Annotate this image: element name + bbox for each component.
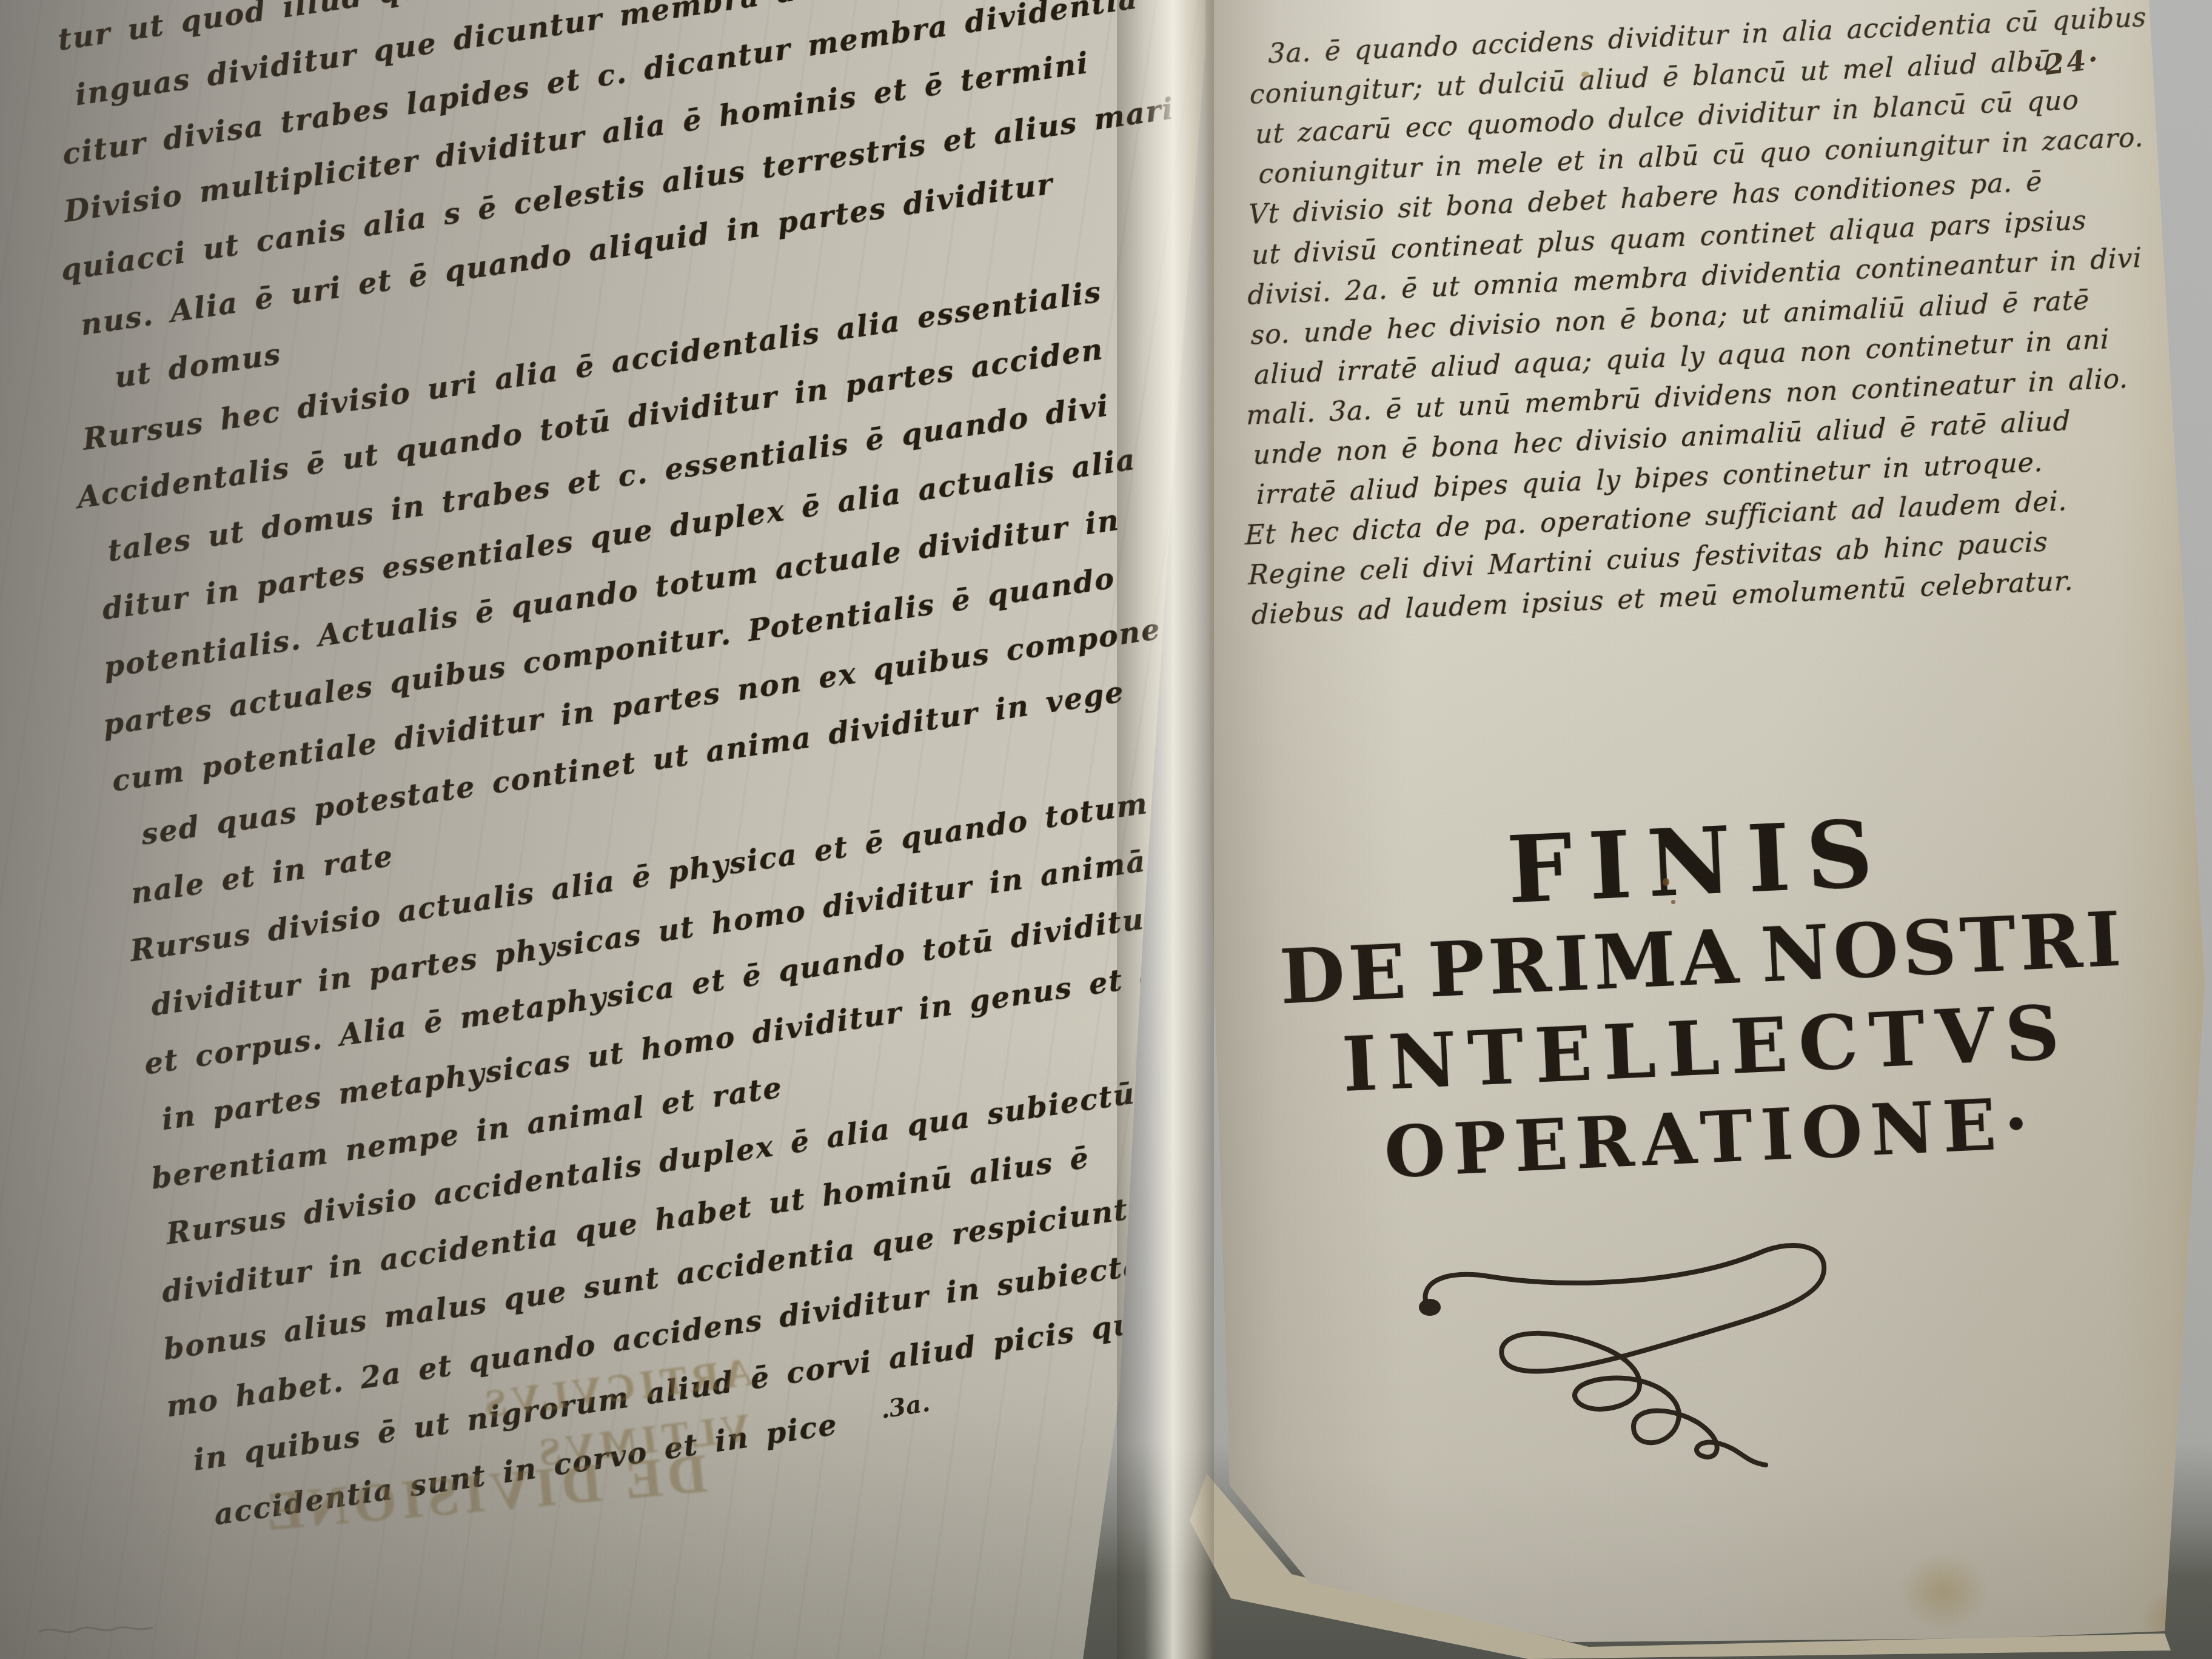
colophon: FINIS DE PRIMA NOSTRI INTELLECTVS OPERAT… [1253,790,2154,1202]
ink-speck [1663,878,1669,886]
ink-speck [1671,900,1675,904]
pencil-scribble [34,1608,167,1651]
right-page-text: 3a. ē quando accidens dividitur in alia … [1244,0,2159,636]
paper-stain [1898,1552,1989,1631]
ink-speck [1581,72,1589,78]
pen-flourish-icon [1372,1210,1917,1471]
left-page-text: tur ut quod illud quod dividitur partes … [32,0,1242,1550]
manuscript-photo: tur ut quod illud quod dividitur partes … [0,0,2212,1659]
